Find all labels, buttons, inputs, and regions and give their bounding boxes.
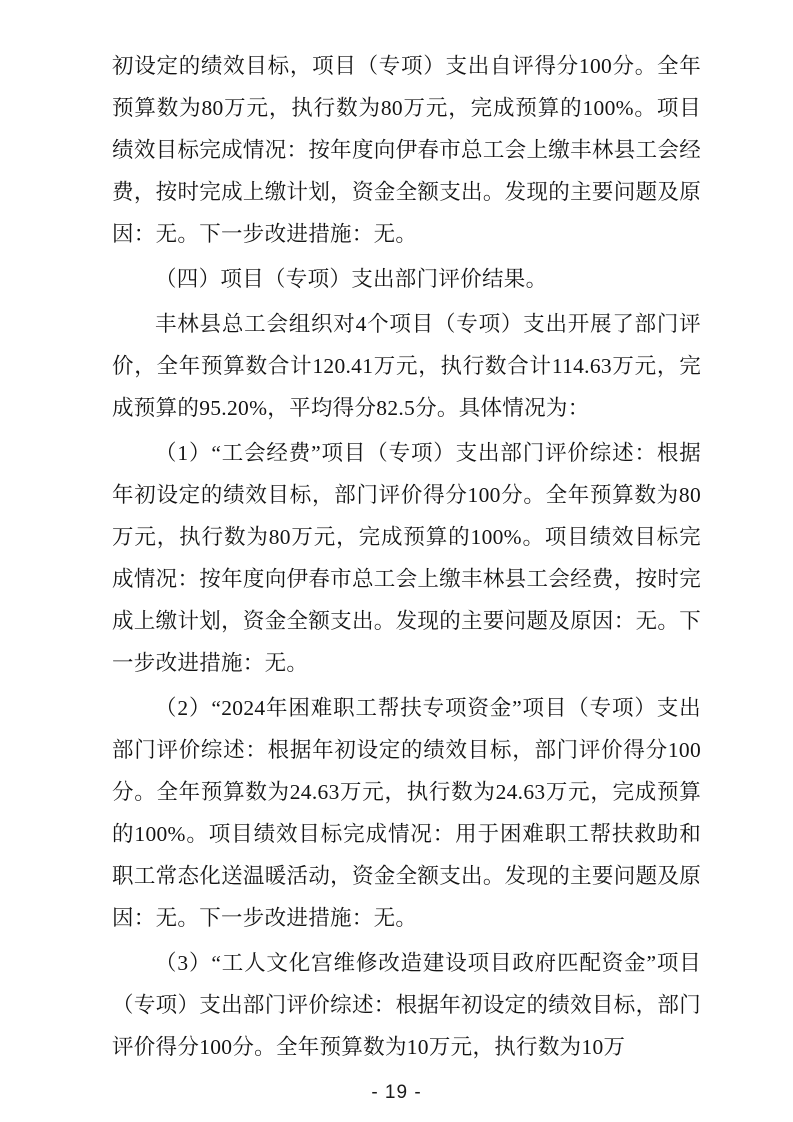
page-number: - 19 - xyxy=(371,1082,421,1103)
paragraph-item-1: （1）“工会经费”项目（专项）支出部门评价综述：根据年初设定的绩效目标，部门评价… xyxy=(112,432,701,684)
page-body: 初设定的绩效目标，项目（专项）支出自评得分100分。全年预算数为80万元，执行数… xyxy=(112,45,701,1071)
paragraph-section-heading: （四）项目（专项）支出部门评价结果。 xyxy=(112,258,701,300)
page-footer: - 19 - xyxy=(0,1082,793,1104)
paragraph-overview: 丰林县总工会组织对4个项目（专项）支出开展了部门评价，全年预算数合计120.41… xyxy=(112,303,701,429)
paragraph-item-3: （3）“工人文化宫维修改造建设项目政府匹配资金”项目（专项）支出部门评价综述：根… xyxy=(112,942,701,1068)
document-page: 初设定的绩效目标，项目（专项）支出自评得分100分。全年预算数为80万元，执行数… xyxy=(0,0,793,1122)
paragraph-continuation: 初设定的绩效目标，项目（专项）支出自评得分100分。全年预算数为80万元，执行数… xyxy=(112,45,701,255)
paragraph-item-2: （2）“2024年困难职工帮扶专项资金”项目（专项）支出部门评价综述：根据年初设… xyxy=(112,687,701,939)
